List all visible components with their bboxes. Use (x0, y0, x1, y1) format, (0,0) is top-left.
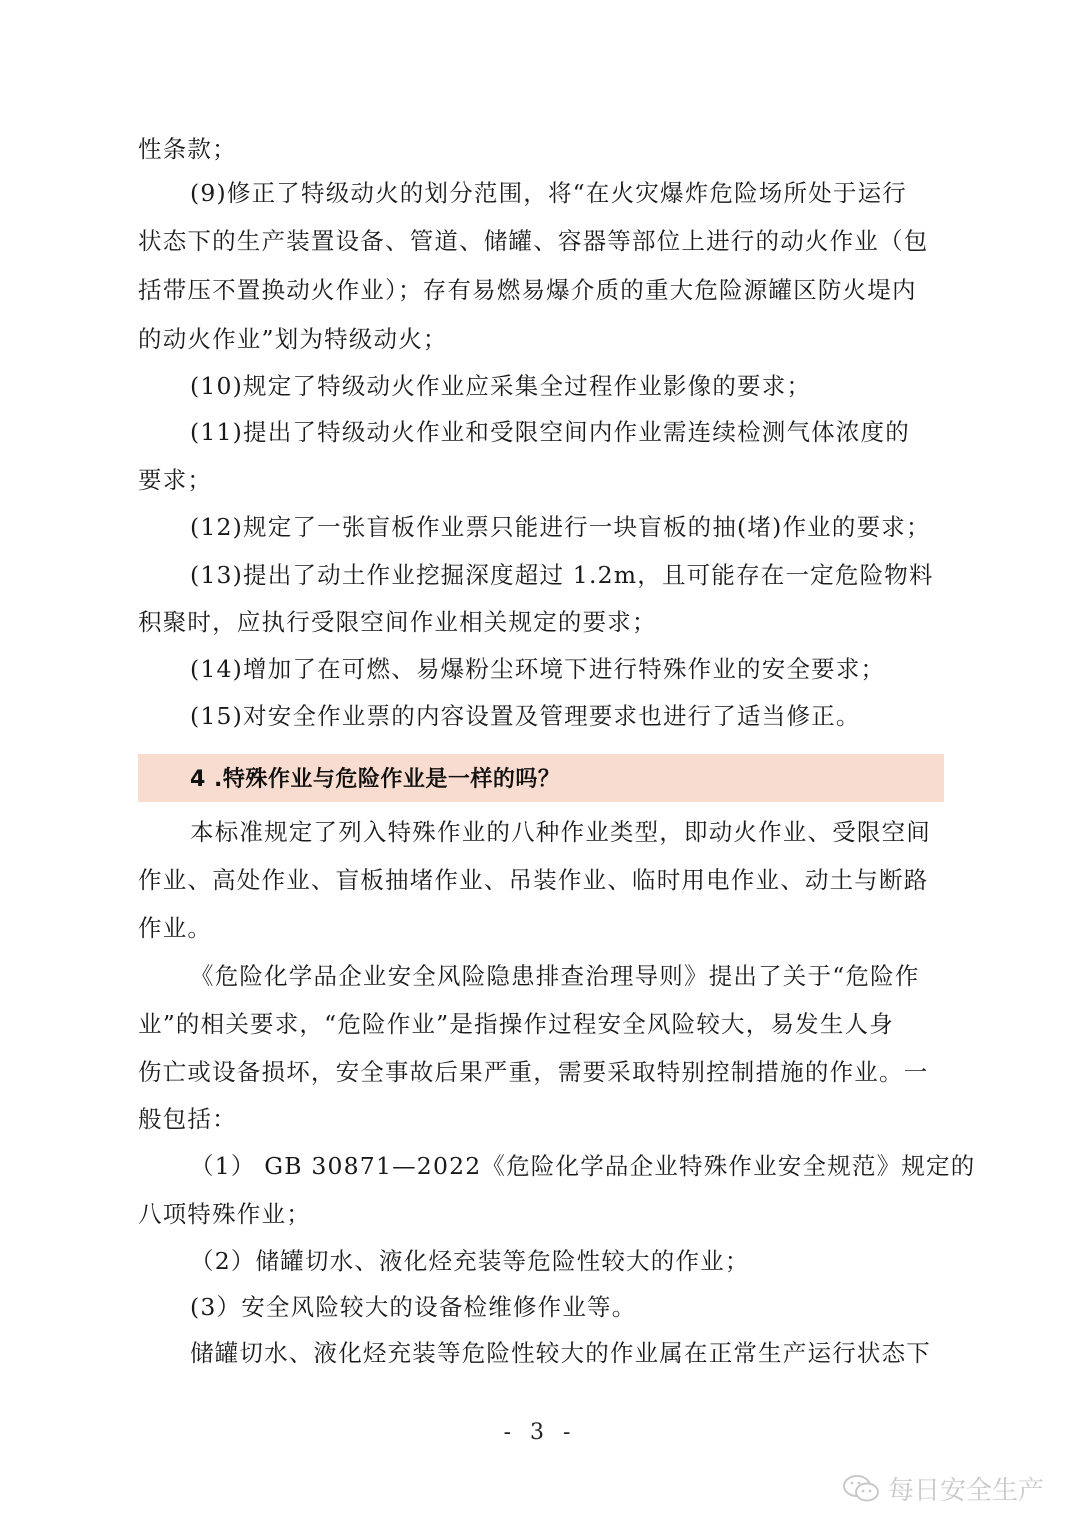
text-line: 本标准规定了列入特殊作业的八种作业类型，即动火作业、受限空间 (190, 815, 931, 849)
text-line: 的动火作业”划为特级动火； (138, 322, 448, 356)
text-line: 伤亡或设备损坏，安全事故后果严重，需要采取特别控制措施的作业。一 (138, 1055, 928, 1089)
text-line: （2）储罐切水、液化烃充装等危险性较大的作业； (190, 1244, 750, 1278)
text-line: 八项特殊作业； (138, 1197, 311, 1231)
text-line: (3）安全风险较大的设备检维修作业等。 (190, 1290, 636, 1324)
section-heading: 4 .特殊作业与危险作业是一样的吗？ (190, 762, 560, 793)
text-line: 要求； (138, 463, 212, 497)
text-line: (14)增加了在可燃、易爆粉尘环境下进行特殊作业的安全要求； (190, 652, 885, 686)
text-line: (13)提出了动土作业挖掘深度超过 1.2m，且可能存在一定危险物料 (190, 558, 934, 592)
text-line: (9)修正了特级动火的划分范围，将“在火灾爆炸危险场所处于运行 (190, 176, 907, 210)
text-line: (11)提出了特级动火作业和受限空间内作业需连续检测气体浓度的 (190, 415, 910, 449)
text-line: 般包括： (138, 1102, 237, 1136)
page-number: - 3 - (0, 1420, 1080, 1445)
text-line: 业”的相关要求，“危险作业”是指操作过程安全风险较大，易发生人身 (138, 1007, 894, 1041)
text-line: 括带压不置换动火作业）；存有易燃易爆介质的重大危险源罐区防火堤内 (138, 273, 917, 307)
text-line: (10)规定了特级动火作业应采集全过程作业影像的要求； (190, 369, 811, 403)
text-line: （1） GB 30871—2022《危险化学品企业特殊作业安全规范》规定的 (190, 1149, 975, 1183)
section-heading-band: 4 .特殊作业与危险作业是一样的吗？ (138, 754, 944, 802)
watermark: 每日安全生产 (842, 1470, 1044, 1507)
text-line: (12)规定了一张盲板作业票只能进行一块盲板的抽(堵)作业的要求； (190, 510, 931, 544)
text-line: (15)对安全作业票的内容设置及管理要求也进行了适当修正。 (190, 699, 861, 733)
wechat-icon (842, 1473, 882, 1505)
text-line: 积聚时，应执行受限空间作业相关规定的要求； (138, 605, 657, 639)
text-line: 性条款； (138, 132, 237, 166)
text-line: 储罐切水、液化烃充装等危险性较大的作业属在正常生产运行状态下 (190, 1336, 931, 1370)
text-line: 状态下的生产装置设备、管道、储罐、容器等部位上进行的动火作业（包 (138, 224, 928, 258)
watermark-text: 每日安全生产 (888, 1470, 1044, 1507)
text-line: 作业、高处作业、盲板抽堵作业、吊装作业、临时用电作业、动土与断路 (138, 863, 928, 897)
text-line: 《危险化学品企业安全风险隐患排查治理导则》提出了关于“危险作 (190, 959, 920, 993)
text-line: 作业。 (138, 911, 212, 945)
